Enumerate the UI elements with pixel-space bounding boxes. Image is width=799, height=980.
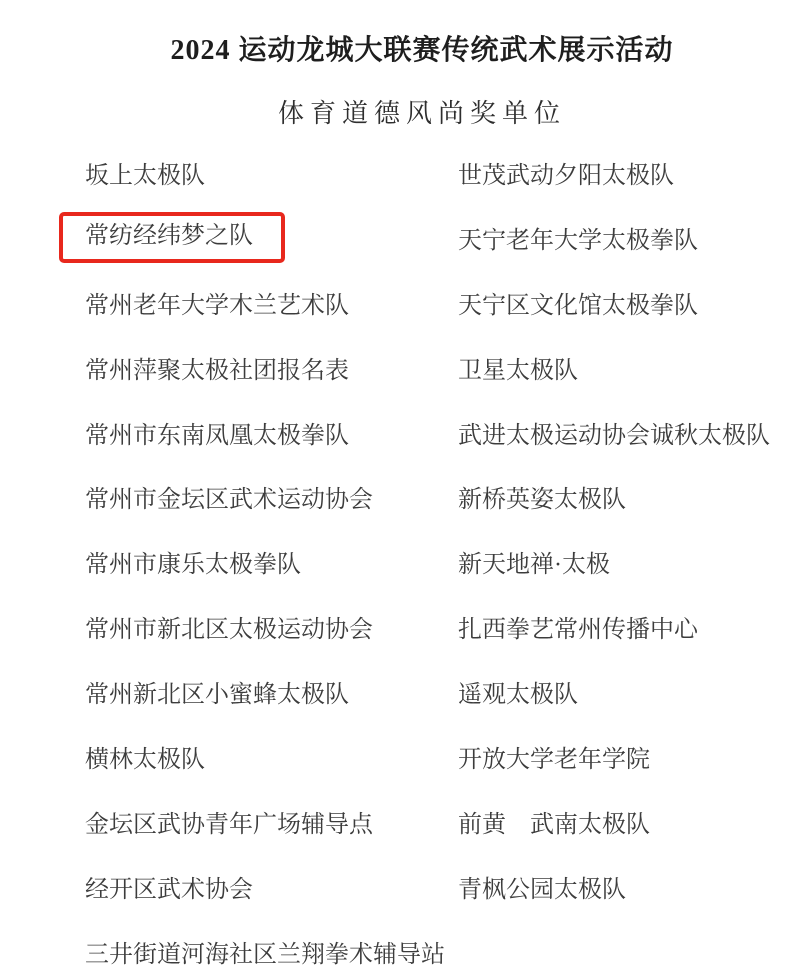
team-row: 常州市东南凤凰太极拳队 武进太极运动协会诚秋太极队 [0, 400, 799, 465]
team-name: 经开区武术协会 [85, 869, 458, 904]
team-name: 新桥英姿太极队 [458, 479, 799, 514]
team-name: 横林太极队 [85, 739, 458, 774]
team-name-highlighted-cell: 常纺经纬梦之队 [85, 212, 458, 263]
team-name: 扎西拳艺常州传播中心 [458, 609, 799, 644]
team-name: 天宁区文化馆太极拳队 [458, 285, 799, 320]
document-subtitle: 体育道德风尚奖单位 [0, 93, 799, 130]
document-title: 2024 运动龙城大联赛传统武术展示活动 [0, 28, 799, 68]
team-name: 前黄 武南太极队 [458, 804, 799, 839]
team-name: 遥观太极队 [458, 674, 799, 709]
team-name: 三井街道河海社区兰翔拳术辅导站 [85, 934, 458, 969]
team-row: 常州新北区小蜜蜂太极队 遥观太极队 [0, 659, 799, 724]
red-highlight-box: 常纺经纬梦之队 [59, 212, 285, 263]
team-name: 常州新北区小蜜蜂太极队 [85, 674, 458, 709]
team-row: 金坛区武协青年广场辅导点 前黄 武南太极队 [0, 789, 799, 854]
team-row: 常州市新北区太极运动协会 扎西拳艺常州传播中心 [0, 594, 799, 659]
team-name: 新天地禅·太极 [458, 544, 799, 579]
team-row: 常州萍聚太极社团报名表 卫星太极队 [0, 335, 799, 400]
team-list: 坂上太极队 世茂武动夕阳太极队 常纺经纬梦之队 天宁老年大学太极拳队 常州老年大… [0, 140, 799, 980]
team-name: 常州市金坛区武术运动协会 [85, 479, 458, 514]
team-row: 常州市金坛区武术运动协会 新桥英姿太极队 [0, 464, 799, 529]
team-row: 常州老年大学木兰艺术队 天宁区文化馆太极拳队 [0, 270, 799, 335]
team-name: 常州市康乐太极拳队 [85, 544, 458, 579]
team-name: 常州市东南凤凰太极拳队 [85, 415, 458, 450]
team-row: 横林太极队 开放大学老年学院 [0, 724, 799, 789]
team-name: 武进太极运动协会诚秋太极队 [458, 415, 799, 450]
team-name: 世茂武动夕阳太极队 [458, 155, 799, 190]
team-name: 常纺经纬梦之队 [85, 223, 253, 249]
team-name: 天宁老年大学太极拳队 [458, 220, 799, 255]
document-page: 2024 运动龙城大联赛传统武术展示活动 体育道德风尚奖单位 坂上太极队 世茂武… [0, 0, 799, 980]
team-row: 常州市康乐太极拳队 新天地禅·太极 [0, 529, 799, 594]
team-name: 坂上太极队 [85, 155, 458, 190]
team-row: 三井街道河海社区兰翔拳术辅导站 [0, 919, 799, 980]
team-name: 常州市新北区太极运动协会 [85, 609, 458, 644]
team-name: 开放大学老年学院 [458, 739, 799, 774]
team-row: 经开区武术协会 青枫公园太极队 [0, 854, 799, 919]
team-row: 常纺经纬梦之队 天宁老年大学太极拳队 [0, 205, 799, 270]
team-name: 常州萍聚太极社团报名表 [85, 350, 458, 385]
team-name: 卫星太极队 [458, 350, 799, 385]
team-name: 青枫公园太极队 [458, 869, 799, 904]
team-name: 常州老年大学木兰艺术队 [85, 285, 458, 320]
team-row: 坂上太极队 世茂武动夕阳太极队 [0, 140, 799, 205]
team-name: 金坛区武协青年广场辅导点 [85, 804, 458, 839]
